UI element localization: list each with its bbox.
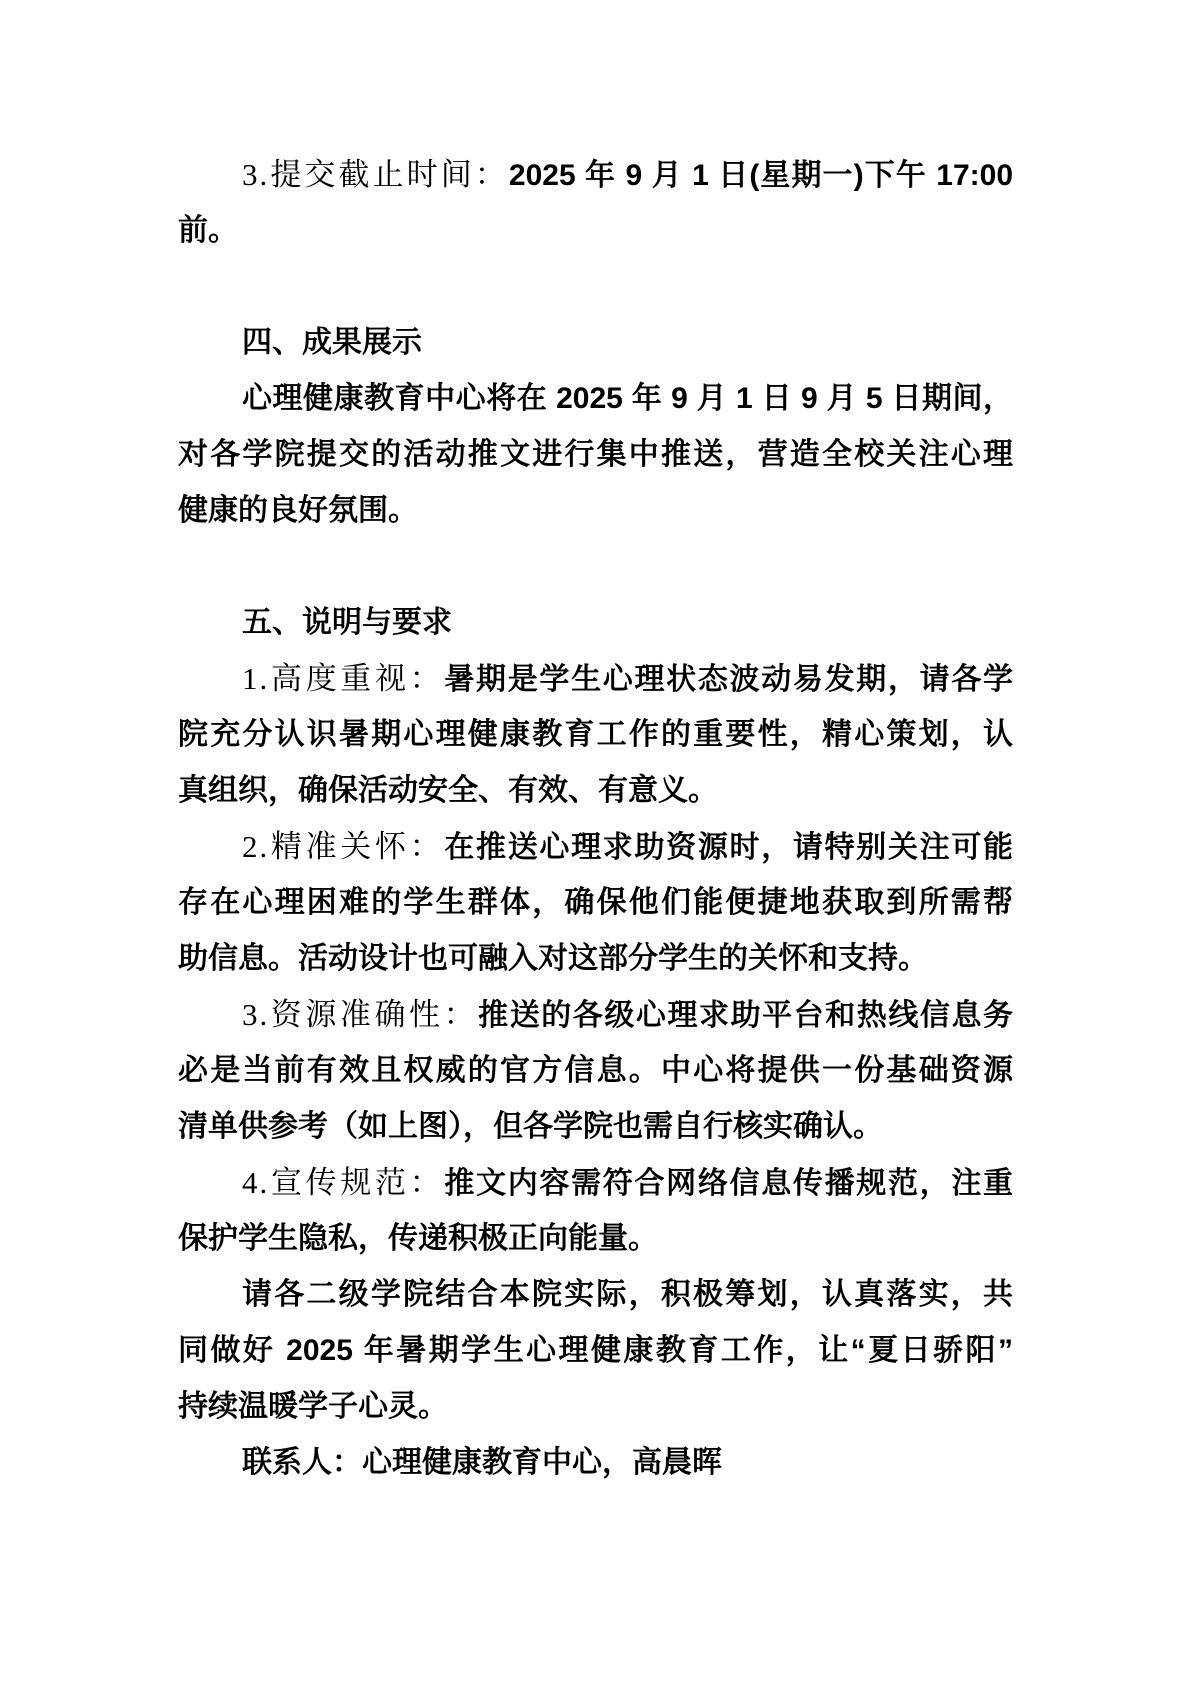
text-segment-sans: 健康的良好氛围。	[178, 494, 418, 527]
section-4-paragraph-line-1: 心理健康教育中心将在 2025 年 9 月 1 日 9 月 5 日期间，	[178, 371, 1013, 427]
item-2-line-2: 存在心理困难的学生群体，确保他们能便捷地获取到所需帮	[178, 875, 1013, 931]
text-segment-sans: 2025 年 9 月 1 日(星期一)下午 17:00	[509, 159, 1013, 192]
item-3-line-2: 必是当前有效且权威的官方信息。中心将提供一份基础资源	[178, 1043, 1013, 1099]
text-segment-sans: 真组织，确保活动安全、有效、有意义。	[178, 774, 718, 807]
text-segment-serif: 2.精准关怀：	[242, 829, 444, 864]
text-segment-sans: 前。	[178, 214, 238, 247]
text-segment-sans: 助信息。活动设计也可融入对这部分学生的关怀和支持。	[178, 942, 928, 975]
text-segment-sans: 推文内容需符合网络信息传播规范，注重	[444, 1167, 1013, 1200]
text-segment-sans: 持续温暖学子心灵。	[178, 1390, 448, 1423]
item-3-line-3: 清单供参考（如上图），但各学院也需自行核实确认。	[178, 1099, 1013, 1155]
contact-line: 联系人：心理健康教育中心，高晨晖	[178, 1435, 1013, 1491]
text-segment-sans: 对各学院提交的活动推文进行集中推送，营造全校关注心理	[178, 438, 1013, 471]
closing-paragraph-line-1: 请各二级学院结合本院实际，积极筹划，认真落实，共	[178, 1267, 1013, 1323]
section-4-paragraph-line-2: 对各学院提交的活动推文进行集中推送，营造全校关注心理	[178, 427, 1013, 483]
item-4-line-2: 保护学生隐私，传递积极正向能量。	[178, 1211, 1013, 1267]
blank-line	[178, 259, 1013, 315]
text-segment-sans: 必是当前有效且权威的官方信息。中心将提供一份基础资源	[178, 1054, 1013, 1087]
item-2-line-1: 2.精准关怀：在推送心理求助资源时，请特别关注可能	[178, 819, 1013, 875]
item-4-line-1: 4.宣传规范：推文内容需符合网络信息传播规范，注重	[178, 1155, 1013, 1211]
closing-paragraph-line-3: 持续温暖学子心灵。	[178, 1379, 1013, 1435]
text-segment-sans: 在推送心理求助资源时，请特别关注可能	[444, 831, 1013, 864]
document-body: 3.提交截止时间：2025 年 9 月 1 日(星期一)下午 17:00前。四、…	[178, 147, 1013, 1491]
text-segment-serif: 4.宣传规范：	[242, 1165, 444, 1200]
section-4-heading: 四、成果展示	[178, 315, 1013, 371]
text-segment-sans: 暑期是学生心理状态波动易发期，请各学	[444, 663, 1013, 696]
blank-line	[178, 539, 1013, 595]
text-segment-serif: 3.提交截止时间：	[242, 157, 509, 192]
text-segment-sans: 存在心理困难的学生群体，确保他们能便捷地获取到所需帮	[178, 886, 1013, 919]
text-segment-serif: 1.高度重视：	[242, 661, 444, 696]
item-1-line-1: 1.高度重视：暑期是学生心理状态波动易发期，请各学	[178, 651, 1013, 707]
text-segment-sans: 院充分认识暑期心理健康教育工作的重要性，精心策划，认	[178, 718, 1013, 751]
text-segment-sans: 五、说明与要求	[242, 606, 452, 639]
text-segment-sans: 同做好 2025 年暑期学生心理健康教育工作，让“夏日骄阳”	[178, 1334, 1013, 1367]
text-segment-sans: 请各二级学院结合本院实际，积极筹划，认真落实，共	[242, 1278, 1013, 1311]
closing-paragraph-line-2: 同做好 2025 年暑期学生心理健康教育工作，让“夏日骄阳”	[178, 1323, 1013, 1379]
submission-deadline-line-1: 3.提交截止时间：2025 年 9 月 1 日(星期一)下午 17:00	[178, 147, 1013, 203]
text-segment-sans: 心理健康教育中心将在 2025 年 9 月 1 日 9 月 5 日期间，	[242, 382, 1013, 415]
section-4-paragraph-line-3: 健康的良好氛围。	[178, 483, 1013, 539]
document-page: 3.提交截止时间：2025 年 9 月 1 日(星期一)下午 17:00前。四、…	[0, 0, 1191, 1684]
text-segment-sans: 四、成果展示	[242, 326, 422, 359]
text-segment-sans: 保护学生隐私，传递积极正向能量。	[178, 1222, 658, 1255]
text-segment-serif: 3.资源准确性：	[242, 997, 478, 1032]
item-1-line-2: 院充分认识暑期心理健康教育工作的重要性，精心策划，认	[178, 707, 1013, 763]
text-segment-sans: 清单供参考（如上图），但各学院也需自行核实确认。	[178, 1110, 883, 1143]
text-segment-sans: 推送的各级心理求助平台和热线信息务	[478, 999, 1013, 1032]
item-2-line-3: 助信息。活动设计也可融入对这部分学生的关怀和支持。	[178, 931, 1013, 987]
item-3-line-1: 3.资源准确性：推送的各级心理求助平台和热线信息务	[178, 987, 1013, 1043]
submission-deadline-line-2: 前。	[178, 203, 1013, 259]
text-segment-sans: 联系人：心理健康教育中心，高晨晖	[242, 1446, 722, 1479]
section-5-heading: 五、说明与要求	[178, 595, 1013, 651]
item-1-line-3: 真组织，确保活动安全、有效、有意义。	[178, 763, 1013, 819]
